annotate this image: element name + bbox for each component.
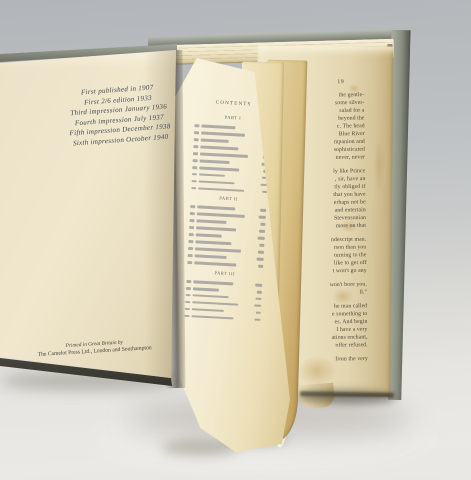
text-line: t won't go any (290, 267, 366, 276)
contents-entry (184, 294, 264, 301)
greeked-text (190, 212, 195, 215)
contents-entry (186, 254, 266, 261)
greeked-text (194, 124, 199, 127)
greeked-text (196, 234, 222, 238)
contents-entry (184, 280, 264, 287)
greeked-text (238, 265, 256, 266)
greeked-text (235, 319, 252, 320)
contents-entry (182, 315, 262, 322)
greeked-text (231, 141, 261, 143)
greeked-text (200, 152, 248, 157)
part-heading: PART II (206, 195, 251, 202)
greeked-text (197, 213, 245, 218)
contents-entry (183, 301, 263, 308)
greeked-text (247, 135, 262, 136)
greeked-text (240, 305, 252, 306)
greeked-text (193, 159, 198, 162)
contents-entry (183, 308, 263, 315)
greeked-text (258, 265, 263, 268)
greeked-text (229, 258, 255, 259)
greeked-text (247, 217, 257, 218)
greeked-text (221, 290, 255, 292)
greeked-text (224, 236, 256, 238)
greeked-text (189, 226, 194, 229)
contents-entry (188, 205, 268, 212)
foxing-stain (374, 140, 384, 192)
part-heading: PART I (210, 114, 255, 121)
greeked-text (197, 206, 235, 211)
greeked-text (238, 230, 257, 231)
greeked-text (193, 294, 229, 298)
contents-entry (192, 131, 272, 138)
greeked-text (195, 248, 241, 253)
contents-entry (188, 212, 268, 219)
greeked-text (200, 159, 230, 163)
greeked-text (192, 308, 224, 312)
contents-entry (191, 145, 271, 152)
greeked-text (233, 244, 257, 245)
greeked-text (192, 166, 197, 169)
contents-entry (186, 247, 266, 254)
part-heading: PART III (202, 270, 247, 277)
greeked-text (246, 191, 260, 192)
printer-imprint-text: Printed in Great Britain byThe Camelot P… (8, 335, 180, 360)
greeked-text (227, 176, 260, 178)
greeked-text (254, 318, 260, 321)
greeked-text (236, 184, 258, 185)
paragraph: from the very (292, 355, 368, 364)
greeked-text (256, 311, 261, 314)
contents-heading: CONTENTS (209, 99, 259, 108)
greeked-text (192, 173, 197, 176)
greeked-text (186, 294, 191, 297)
greeked-text (201, 131, 245, 136)
greeked-text (226, 311, 254, 312)
greeked-text (241, 170, 261, 171)
greeked-text (237, 128, 263, 129)
greeked-text (200, 145, 238, 150)
greeked-text (198, 187, 244, 192)
greeked-text (184, 315, 189, 318)
greeked-text (201, 124, 235, 128)
contents-entry (190, 173, 270, 180)
contents-entry (186, 240, 266, 247)
contents-entry (187, 219, 267, 226)
greeked-text (188, 254, 193, 257)
greeked-text (262, 191, 267, 194)
greeked-text (199, 166, 239, 171)
text-line: offer refused. (291, 341, 367, 350)
contents-entry (192, 138, 272, 145)
paragraph: he man callede something toes. And begin… (291, 302, 368, 350)
greeked-text (198, 180, 234, 184)
greeked-text (191, 187, 196, 190)
greeked-text (185, 301, 190, 304)
photo-open-vintage-book: 19 the gentle-some silver-salad for abey… (0, 0, 471, 480)
greeked-text (188, 240, 193, 243)
greeked-text (194, 262, 236, 267)
contents-entry (191, 152, 271, 159)
contents-entry (191, 159, 271, 166)
contents-entry (187, 233, 267, 240)
greeked-text (254, 304, 261, 307)
greeked-text (187, 261, 192, 264)
greeked-text (260, 209, 266, 212)
contents-entry (189, 187, 269, 194)
greeked-text (186, 280, 191, 283)
contents-text: CONTENTS PART IPART IIPART III (182, 98, 274, 326)
greeked-text (255, 283, 262, 286)
greeked-text (192, 301, 238, 306)
greeked-text (189, 233, 194, 236)
greeked-text (257, 291, 262, 294)
greeked-text (258, 251, 264, 254)
text-line: ll." (291, 289, 367, 298)
edition-history-text: First published in 1907First 2/6 edition… (54, 82, 184, 151)
greeked-text (193, 280, 233, 285)
greeked-text (194, 131, 199, 134)
greeked-text (188, 247, 193, 250)
text-line: won't bore you. (291, 281, 367, 290)
contents-entry (184, 287, 264, 294)
greeked-text (250, 156, 261, 157)
greeked-text (259, 230, 265, 233)
greeked-text (199, 173, 225, 177)
greeked-text (191, 315, 233, 320)
greeked-text (237, 209, 258, 210)
greeked-text (258, 237, 265, 240)
greeked-text (185, 308, 190, 311)
greeked-text (255, 297, 261, 300)
greeked-text (231, 297, 254, 298)
greeked-text (186, 287, 191, 290)
greeked-text (194, 138, 199, 141)
greeked-text (228, 223, 258, 225)
greeked-text (191, 180, 196, 183)
greeked-text (196, 227, 236, 232)
copyright-page: First published in 1907First 2/6 edition… (0, 48, 180, 384)
greeked-text (193, 287, 219, 291)
greeked-text (195, 241, 231, 245)
greeked-text (196, 220, 226, 224)
text-line: from the very (292, 355, 368, 364)
greeked-text (240, 149, 262, 150)
greeked-text (260, 223, 265, 226)
greeked-text (259, 216, 266, 219)
contents-entry (187, 226, 267, 233)
greeked-text (193, 152, 198, 155)
greeked-text (256, 258, 263, 261)
contents-entry (190, 166, 270, 173)
greeked-text (201, 138, 229, 142)
greeked-text (195, 255, 227, 259)
greeked-text (259, 244, 264, 247)
greeked-text (235, 284, 253, 285)
greeked-text (193, 145, 198, 148)
greeked-text (243, 251, 256, 252)
contents-list: PART IPART IIPART III (182, 113, 273, 321)
paragraph: won't bore you.ll." (291, 281, 367, 298)
contents-entry (189, 180, 269, 187)
greeked-text (190, 205, 195, 208)
greeked-text (232, 162, 260, 163)
contents-entry (185, 261, 265, 268)
greeked-text (189, 219, 194, 222)
